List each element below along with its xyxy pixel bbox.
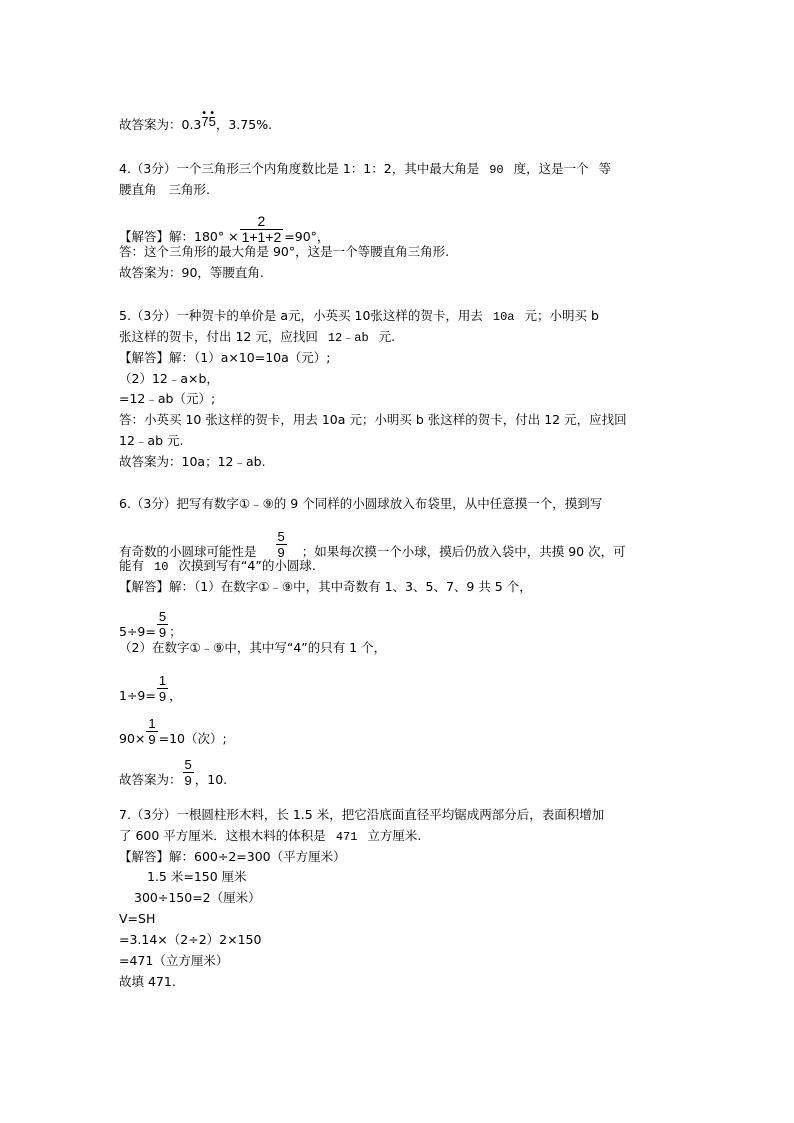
q7-stem-line1: 7.（3分）一根圆柱形木料，长 1.5 米，把它沿底面直径平均锯成两部分后，表面… [119, 807, 604, 823]
q6-final-text: ，10. [195, 772, 227, 787]
q6-stem-line1: 6.（3分）把写有数字①﹣⑨的 9 个同样的小圆球放入布袋里，从中任意摸一个，摸… [119, 496, 602, 512]
denominator: 9 [146, 732, 157, 747]
repeat-dot: • [202, 106, 206, 122]
q7-solution-step: =471（立方厘米） [119, 953, 228, 969]
q7-stem-text: 立方厘米. [367, 828, 421, 843]
q4-stem-line2: 腰直角三角形. [119, 182, 210, 198]
answer-suffix: ，3.75%. [216, 117, 272, 132]
q5-stem-text: 元；小明买 b [525, 308, 599, 323]
q6-solution-step: 1÷9=19， [119, 681, 182, 712]
q4-answer-blank: 等 [589, 161, 612, 177]
q6-solution-step: 90×19=10（次）; [119, 724, 227, 755]
numerator: 2 [240, 214, 284, 230]
fraction: 59 [157, 609, 168, 640]
q7-solution-step: 【解答】解：600÷2=300（平方厘米） [119, 849, 346, 865]
q4-answer-blank: 腰直角 [119, 182, 157, 197]
q5-answer-blank: 12﹣ab [318, 330, 379, 346]
denominator: 9 [157, 625, 168, 640]
q4-solution-text: 【解答】解：180° × [119, 229, 239, 244]
q6-stem-text: ；如果每次摸一个小球，摸后仍放入袋中，共摸 90 次，可 [302, 544, 626, 559]
fraction: 59 [276, 529, 287, 560]
fraction: 21+1+2 [240, 214, 284, 245]
q6-stem-line3: 能有10次摸到写有“4”的小圆球. [119, 558, 316, 575]
q4-stem-text: 三角形. [157, 182, 210, 198]
q4-stem-text: 度，这是一个 [514, 161, 589, 176]
q6-solution-step: （2）在数字①﹣⑨中，其中写“4”的只有 1 个， [119, 640, 386, 656]
numerator: 1 [146, 716, 157, 732]
q5-stem-text: 张这样的贺卡，付出 12 元，应找回 [119, 329, 318, 344]
q5-answer-blank: 10a [483, 309, 525, 325]
q6-solution-text: ； [169, 624, 182, 639]
q7-solution-step: 300÷150=2（厘米） [134, 890, 261, 906]
q5-solution-step: =12﹣ab（元）; [119, 391, 215, 407]
q7-stem-line2: 了 600 平方厘米．这根木料的体积是471立方厘米. [119, 828, 421, 845]
q7-solution-step: V=SH [119, 911, 155, 927]
q5-final-answer: 故答案为：10a；12﹣ab. [119, 454, 266, 470]
q5-stem-text: 元. [379, 329, 395, 344]
q6-stem-text: 次摸到写有“4”的小圆球. [178, 558, 315, 573]
q4-stem-line1: 4.（3分）一个三角形三个内角度数比是 1：1：2，其中最大角是90度，这是一个… [119, 161, 611, 178]
fraction: 59 [183, 757, 194, 788]
q7-solution-step: 1.5 米=150 厘米 [147, 869, 247, 885]
q6-final-text: 故答案为： [119, 772, 182, 787]
repeating-decimal: 7•5• [201, 114, 215, 130]
answer-prefix: 故答案为：0.3 [119, 117, 201, 132]
q4-answer-blank: 90 [479, 162, 513, 178]
denominator: 9 [157, 689, 168, 704]
numerator: 5 [276, 529, 287, 545]
q4-solution-text: =90°， [284, 229, 329, 244]
q6-stem-text: 能有 [119, 558, 144, 573]
repeat-dot: • [210, 106, 214, 122]
q6-solution-text: 90× [119, 731, 145, 746]
q7-solution-step: =3.14×（2÷2）2×150 [119, 932, 261, 948]
q3-final-answer: 故答案为：0.37•5•，3.75%. [119, 117, 272, 133]
q6-solution-text: ， [169, 688, 182, 703]
q5-stem-text: 5.（3分）一种贺卡的单价是 a元，小英买 10张这样的贺卡，用去 [119, 308, 483, 323]
q6-solution-text: 1÷9= [119, 688, 156, 703]
q4-answer-line: 答：这个三角形的最大角是 90°，这是一个等腰直角三角形. [119, 244, 449, 260]
numerator: 1 [157, 673, 168, 689]
q5-answer-line: 12﹣ab 元. [119, 433, 183, 449]
q5-solution-step: （2）12﹣a×b， [119, 371, 219, 387]
numerator: 5 [183, 757, 194, 773]
numerator: 5 [157, 609, 168, 625]
q7-answer-blank: 471 [326, 829, 368, 845]
q6-solution-text: 5÷9= [119, 624, 156, 639]
q5-stem-line1: 5.（3分）一种贺卡的单价是 a元，小英买 10张这样的贺卡，用去10a元；小明… [119, 308, 599, 325]
q5-stem-line2: 张这样的贺卡，付出 12 元，应找回12﹣ab元. [119, 329, 395, 346]
denominator: 9 [183, 773, 194, 788]
fraction: 19 [146, 716, 157, 747]
q6-stem-text: 有奇数的小圆球可能性是 [119, 544, 257, 559]
q6-solution-step: 【解答】解：（1）在数字①﹣⑨中，其中奇数有 1、3、5、7、9 共 5 个， [119, 579, 532, 595]
q6-final-answer: 故答案为：59，10. [119, 765, 227, 796]
q4-final-answer: 故答案为：90，等腰直角. [119, 265, 264, 281]
q5-answer-line: 答：小英买 10 张这样的贺卡，用去 10a 元；小明买 b 张这样的贺卡，付出… [119, 412, 627, 428]
denominator: 1+1+2 [240, 230, 284, 245]
q6-solution-text: =10（次）; [159, 731, 227, 746]
q4-stem-text: 4.（3分）一个三角形三个内角度数比是 1：1：2，其中最大角是 [119, 161, 479, 176]
q7-stem-text: 了 600 平方厘米．这根木料的体积是 [119, 828, 326, 843]
q6-answer-blank: 10 [144, 559, 178, 575]
fraction: 19 [157, 673, 168, 704]
q7-final-answer: 故填 471. [119, 974, 176, 990]
q5-solution-step: 【解答】解：（1）a×10=10a（元）; [119, 350, 331, 366]
